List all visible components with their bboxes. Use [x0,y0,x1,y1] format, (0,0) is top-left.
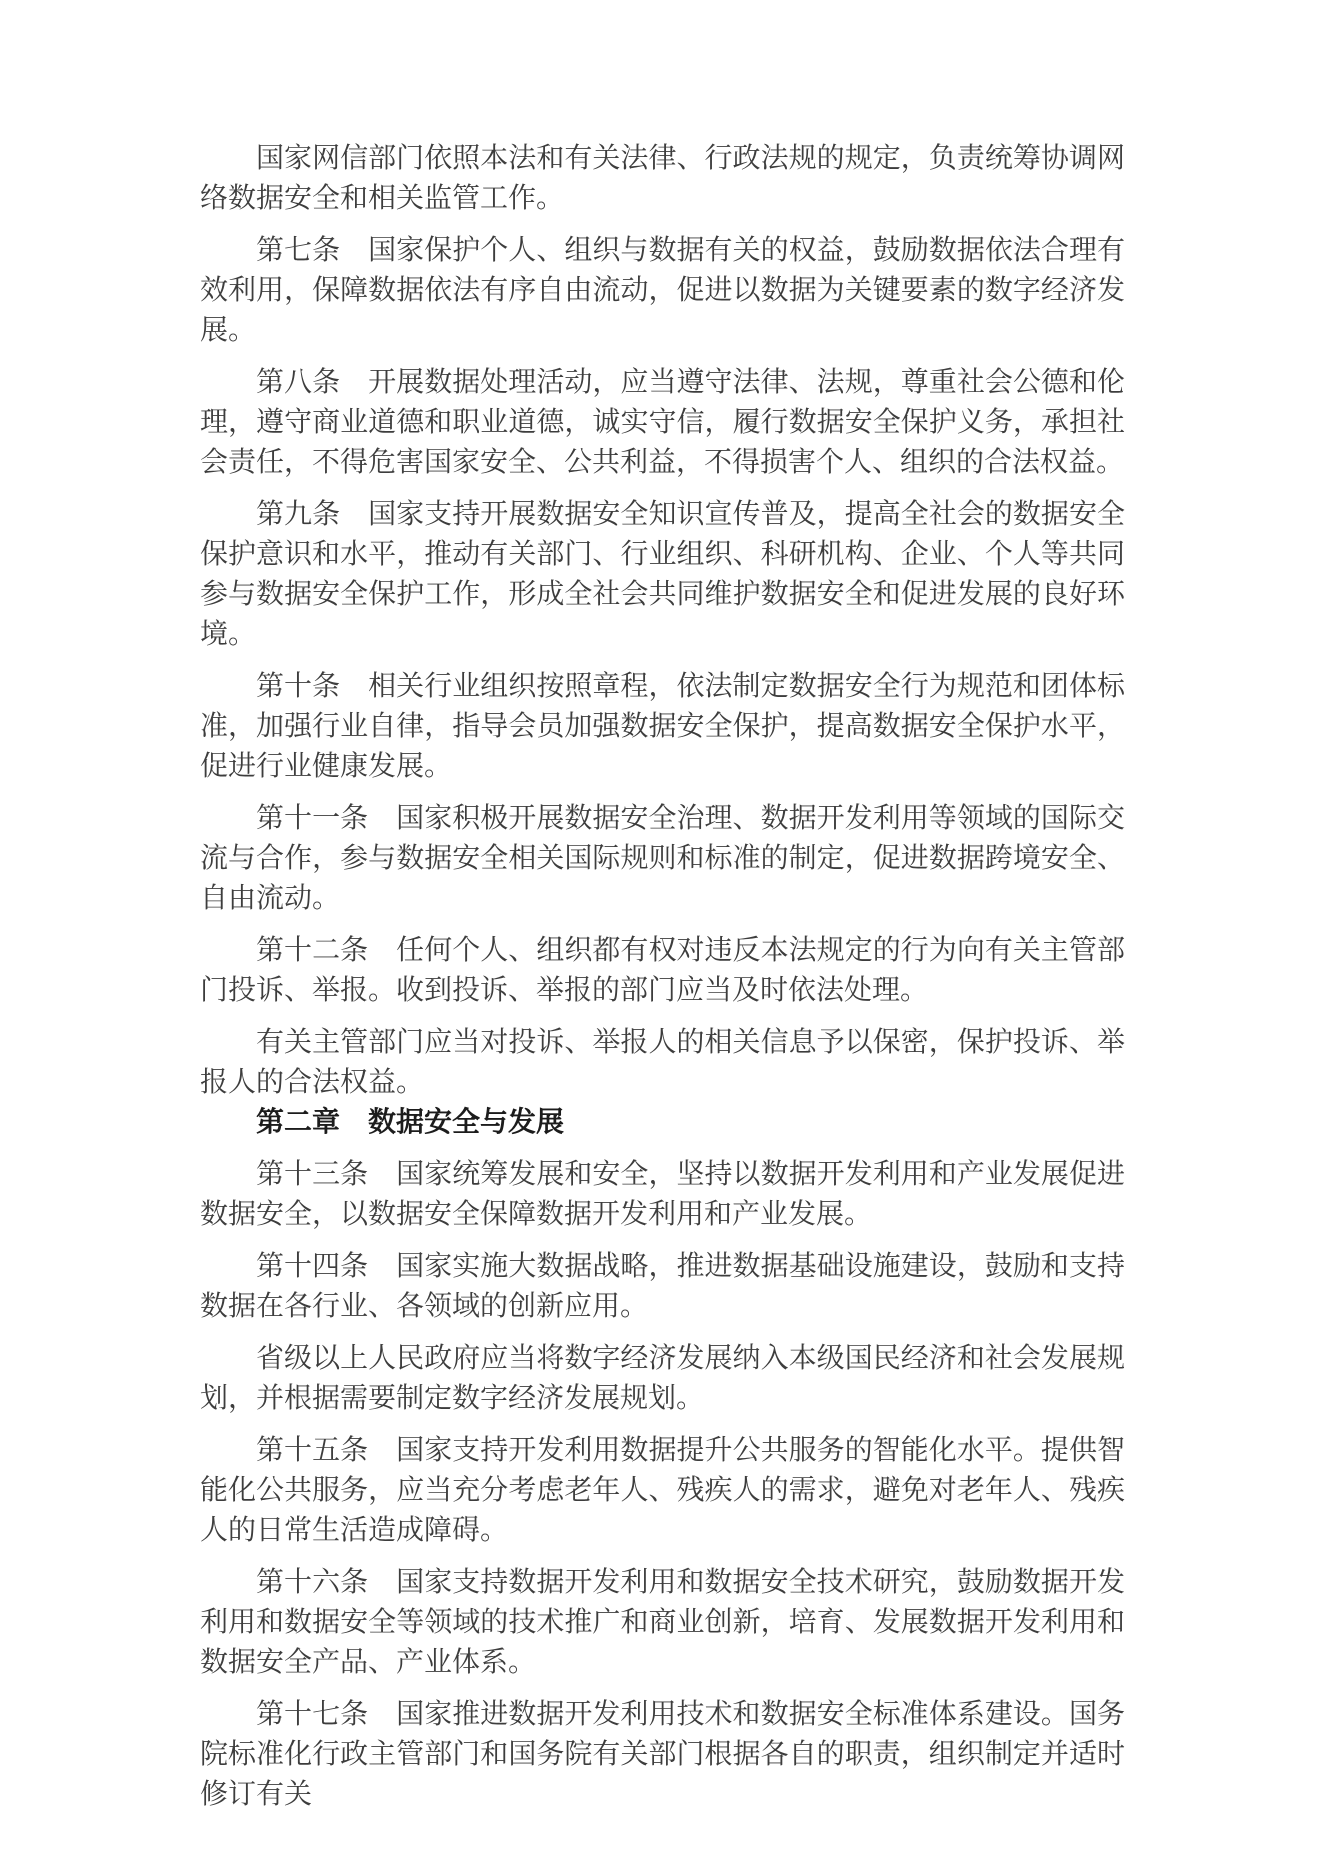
paragraph-article-17: 第十七条 国家推进数据开发利用技术和数据安全标准体系建设。国务院标准化行政主管部… [200,1695,1125,1815]
paragraph-article-10: 第十条 相关行业组织按照章程，依法制定数据安全行为规范和团体标准，加强行业自律，… [200,667,1125,787]
paragraph-article-14: 第十四条 国家实施大数据战略，推进数据基础设施建设，鼓励和支持数据在各行业、各领… [200,1247,1125,1327]
paragraph: 有关主管部门应当对投诉、举报人的相关信息予以保密，保护投诉、举报人的合法权益。 [200,1023,1125,1103]
paragraph: 国家网信部门依照本法和有关法律、行政法规的规定，负责统筹协调网络数据安全和相关监… [200,139,1125,219]
paragraph-article-8: 第八条 开展数据处理活动，应当遵守法律、法规，尊重社会公德和伦理，遵守商业道德和… [200,363,1125,483]
paragraph-article-7: 第七条 国家保护个人、组织与数据有关的权益，鼓励数据依法合理有效利用，保障数据依… [200,231,1125,351]
page-content: 国家网信部门依照本法和有关法律、行政法规的规定，负责统筹协调网络数据安全和相关监… [200,139,1125,1827]
paragraph-article-11: 第十一条 国家积极开展数据安全治理、数据开发利用等领域的国际交流与合作，参与数据… [200,799,1125,919]
chapter-heading: 第二章 数据安全与发展 [200,1103,1125,1143]
paragraph-article-12: 第十二条 任何个人、组织都有权对违反本法规定的行为向有关主管部门投诉、举报。收到… [200,931,1125,1011]
paragraph: 省级以上人民政府应当将数字经济发展纳入本级国民经济和社会发展规划，并根据需要制定… [200,1339,1125,1419]
paragraph-article-16: 第十六条 国家支持数据开发利用和数据安全技术研究，鼓励数据开发利用和数据安全等领… [200,1563,1125,1683]
document-page: 国家网信部门依照本法和有关法律、行政法规的规定，负责统筹协调网络数据安全和相关监… [0,0,1323,1871]
paragraph-article-15: 第十五条 国家支持开发利用数据提升公共服务的智能化水平。提供智能化公共服务，应当… [200,1431,1125,1551]
paragraph-article-13: 第十三条 国家统筹发展和安全，坚持以数据开发利用和产业发展促进数据安全，以数据安… [200,1155,1125,1235]
paragraph-article-9: 第九条 国家支持开展数据安全知识宣传普及，提高全社会的数据安全保护意识和水平，推… [200,495,1125,655]
